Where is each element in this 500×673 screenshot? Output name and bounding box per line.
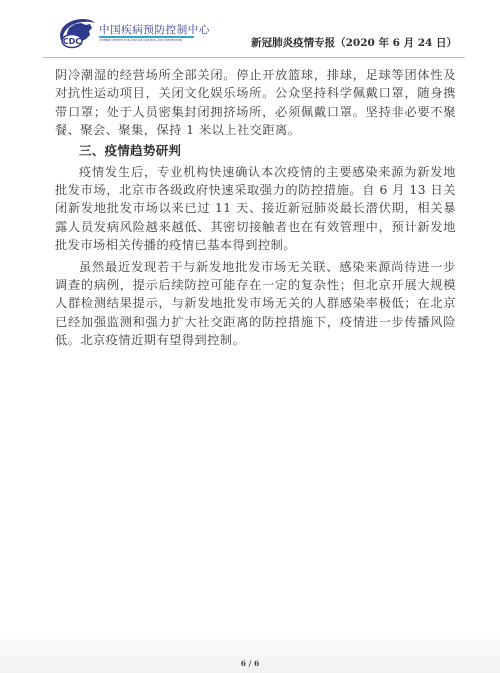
section-heading: 三、疫情趋势研判 [55,142,456,160]
page-number: 6 / 6 [0,659,500,668]
document-page: CDC 中国疾病预防控制中心 CHINESE CENTER FOR DISEAS… [0,0,500,673]
cdc-logo-icon: CDC [55,16,97,52]
paragraph-outlook: 虽然最近发现若干与新发地批发市场无关联、感染来源尚待进一步调查的病例，提示后续防… [55,258,456,350]
org-name-english: CHINESE CENTER FOR DISEASE CONTROL AND P… [99,39,182,42]
document-body: 阴冷潮湿的经营场所全部关闭。停止开放篮球，排球，足球等团体性及对抗性运动项目，关… [55,66,456,350]
header-divider [43,57,465,58]
org-name-underline [99,36,194,38]
report-title: 新冠肺炎疫情专报（2020 年 6 月 24 日） [251,35,457,50]
page-header: CDC 中国疾病预防控制中心 CHINESE CENTER FOR DISEAS… [43,12,465,57]
svg-text:CDC: CDC [63,37,82,46]
paragraph-trend-analysis: 疫情发生后，专业机构快速确认本次疫情的主要感染来源为新发地批发市场，北京市各级政… [55,163,456,255]
paragraph-continuation: 阴冷潮湿的经营场所全部关闭。停止开放篮球，排球，足球等团体性及对抗性运动项目，关… [55,66,456,140]
org-name-chinese: 中国疾病预防控制中心 [99,22,210,37]
